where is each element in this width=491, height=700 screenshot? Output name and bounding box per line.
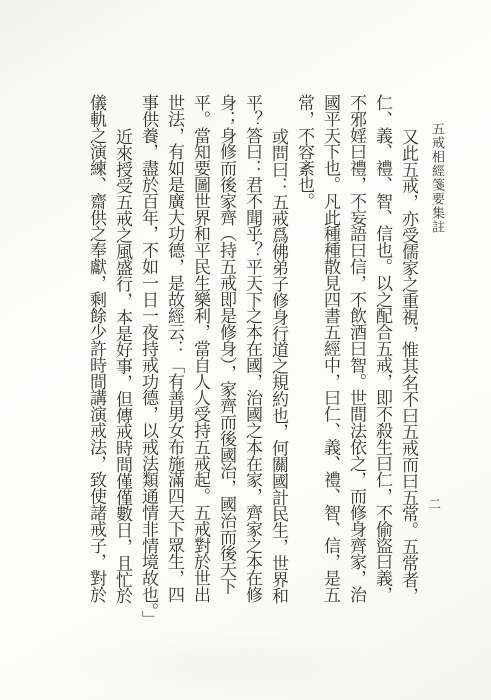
text-column: 不邪婬曰禮，不妄語曰信，不飲酒曰智。世間法依之，而修身齊家，治 xyxy=(343,94,369,627)
text-column: 或問曰：五戒爲佛弟子修身行道之規約也，何關國計民生，世界和 xyxy=(265,94,291,627)
text-column: 身；身修而後家齊（持五戒即是修身），家齊而後國治，國治而後天下 xyxy=(213,94,239,627)
book-page-scan: 五戒相經箋要集註 二 又此五戒，亦受儒家之重視，惟其名不曰五戒而曰五常。五常者，… xyxy=(0,0,491,700)
text-column: 又此五戒，亦受儒家之重視，惟其名不曰五戒而曰五常。五常者， xyxy=(395,94,421,627)
text-column: 仁、義、禮、智、信也。以之配合五戒，即不殺生曰仁，不偷盜曰義， xyxy=(369,94,395,627)
text-column: 平。當知要圖世界和平民生樂利，當自人人受持五戒起。五戒對於世出 xyxy=(187,94,213,627)
text-column: 近來授受五戒之風盛行，本是好事，但傳戒時間僅僅數日，且忙於 xyxy=(109,94,135,627)
text-column: 常，不容紊也。 xyxy=(291,94,317,627)
page-number: 二 xyxy=(426,497,440,510)
text-column: 事供養，盡於百年，不如一日一夜持戒功德，以戒法類通情非情境故也。」 xyxy=(135,94,161,627)
text-column: 國平天下也。凡此種種散見四書五經中，曰仁、義、禮、智、信，是五 xyxy=(317,94,343,627)
body-text: 又此五戒，亦受儒家之重視，惟其名不曰五戒而曰五常。五常者，仁、義、禮、智、信也。… xyxy=(83,94,421,627)
text-column: 世法，有如是廣大功德，是故經云：「有善男女布施滿四天下眾生，四 xyxy=(161,94,187,627)
text-column: 平？答曰：君不聞乎？平天下之本在國，治國之本在家，齊家之本在修 xyxy=(239,94,265,627)
text-column: 儀軌之演練、齋供之奉獻，剩餘少許時間講演戒法，致使諸戒子，對於 xyxy=(83,94,109,627)
running-title: 五戒相經箋要集註 xyxy=(430,122,444,234)
